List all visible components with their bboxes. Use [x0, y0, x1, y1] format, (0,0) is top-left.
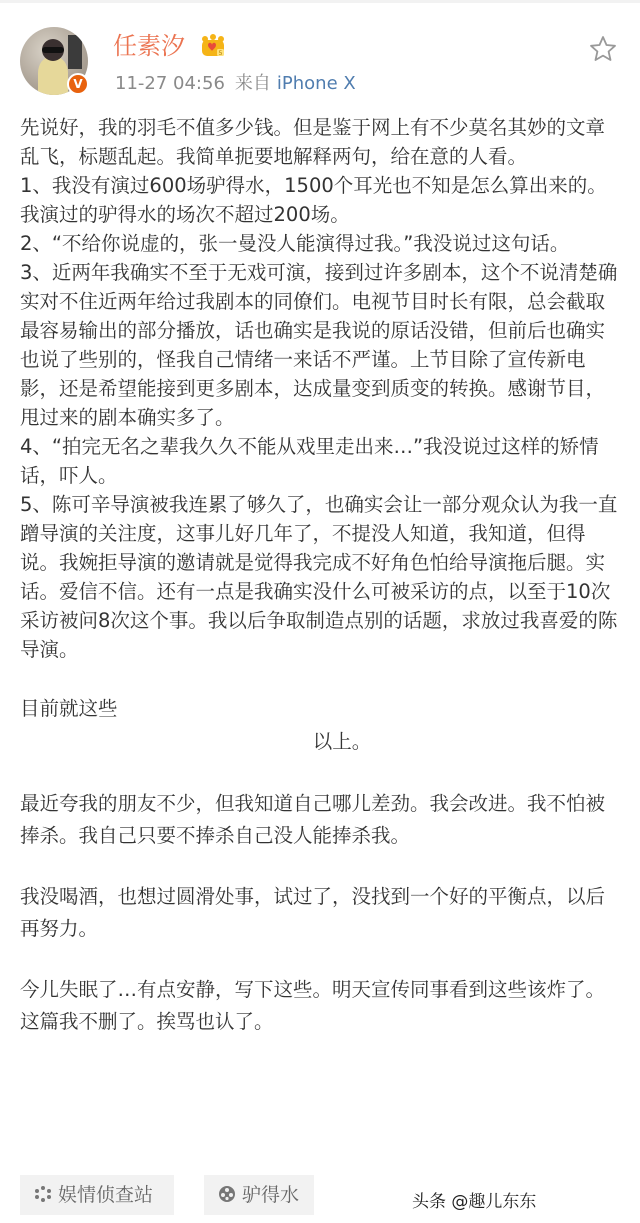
- svg-text:5: 5: [219, 50, 223, 57]
- author-name[interactable]: 任素汐: [113, 30, 185, 62]
- device-link[interactable]: iPhone X: [277, 73, 356, 94]
- crown-icon[interactable]: 5: [200, 34, 226, 58]
- paragraph-extra-1: 最近夸我的朋友不少，但我知道自己哪儿差劲。我会改进。我不怕被捧杀。我自己只要不捧…: [20, 788, 624, 852]
- paragraph-point-4: 4、“拍完无名之辈我久久不能从戏里走出来…”我没说过这样的矫情话，吓人。: [20, 432, 624, 490]
- watermark: 头条 @趣儿东东: [412, 1187, 536, 1212]
- paragraph-point-5: 5、陈可辛导演被我连累了够久了，也确实会让一部分观众认为我一直蹭导演的关注度，这…: [20, 490, 624, 664]
- paragraph-extra-2: 我没喝酒，也想过圆滑处事，试过了，没找到一个好的平衡点，以后再努力。: [20, 881, 624, 945]
- paragraph-point-3: 3、近两年我确实不至于无戏可演，接到过许多剧本，这个不说清楚确实对不住近两年给过…: [20, 258, 624, 432]
- sparkle-dots-icon: [34, 1185, 52, 1203]
- paragraph-intro: 先说好，我的羽毛不值多少钱。但是鉴于网上有不少莫名其妙的文章乱飞，标题乱起。我简…: [20, 113, 624, 171]
- tag-label: 娱情侦查站: [58, 1184, 153, 1206]
- signoff-line: 以上。: [20, 725, 624, 759]
- paragraph-point-1: 1、我没有演过600场驴得水，1500个耳光也不知是怎么算出来的。我演过的驴得水…: [20, 171, 624, 229]
- tag-label: 驴得水: [242, 1184, 299, 1206]
- source-label: 来自: [235, 73, 271, 94]
- film-reel-icon: [218, 1185, 236, 1203]
- closing-line: 目前就这些: [20, 693, 624, 725]
- tag-mr-donkey[interactable]: 驴得水: [204, 1175, 314, 1215]
- verified-badge-icon: V: [67, 73, 89, 95]
- paragraph-point-2: 2、“不给你说虚的，张一曼没人能演得过我。”我没说过这句话。: [20, 229, 624, 258]
- star-icon[interactable]: [588, 34, 618, 64]
- paragraph-extra-3: 今儿失眠了…有点安静，写下这些。明天宣传同事看到这些该炸了。这篇我不删了。挨骂也…: [20, 974, 624, 1038]
- timestamp: 11-27 04:56: [115, 73, 225, 94]
- post-meta: 11-27 04:56来自iPhone X: [115, 71, 356, 97]
- post-header: V 任素汐 5 11-27 04:56来自iPhone X: [0, 0, 640, 110]
- tag-entertainment-detective[interactable]: 娱情侦查站: [20, 1175, 174, 1215]
- post-body: 先说好，我的羽毛不值多少钱。但是鉴于网上有不少莫名其妙的文章乱飞，标题乱起。我简…: [20, 113, 624, 1038]
